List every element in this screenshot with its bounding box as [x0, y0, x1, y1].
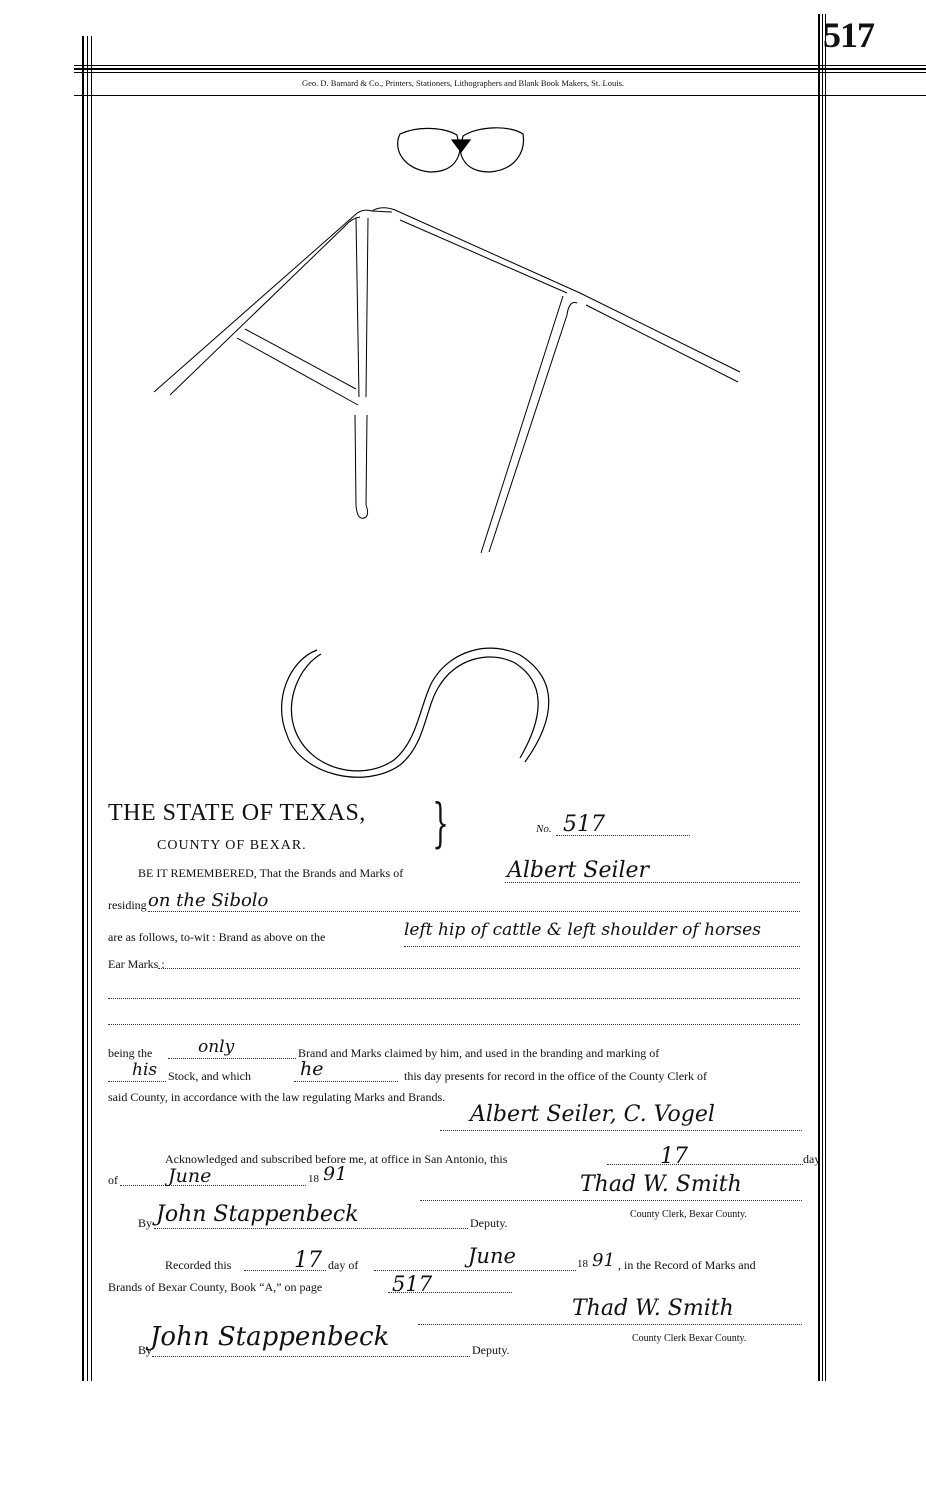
recorded-clerk-title: County Clerk Bexar County.	[632, 1333, 746, 1344]
presenter-line	[294, 1081, 398, 1082]
recorded-deputy-line	[152, 1356, 470, 1357]
ear-mark-icon	[398, 128, 524, 172]
recorded-day-value: 17	[294, 1248, 322, 1273]
brand-drawing	[0, 0, 926, 1500]
recorded-deputy-label: Deputy.	[472, 1343, 510, 1358]
presents-text: this day presents for record in the offi…	[404, 1069, 707, 1084]
s-brand-icon	[282, 648, 549, 777]
recorded-day-of-label: day of	[328, 1258, 358, 1273]
owner-name-line	[505, 882, 800, 883]
claimed-text: Brand and Marks claimed by him, and used…	[298, 1046, 659, 1061]
ack-clerk-title: County Clerk, Bexar County.	[630, 1209, 747, 1220]
being-the-line	[168, 1058, 296, 1059]
number-value: 517	[563, 812, 605, 837]
brands-of-text: Brands of Bexar County, Book “A,” on pag…	[108, 1280, 322, 1295]
owner-signature-line	[440, 1130, 802, 1131]
brand-location-line	[404, 946, 800, 947]
owner-name: Albert Seiler	[507, 858, 649, 883]
ear-marks-line-2	[108, 998, 800, 999]
ear-marks-label: Ear Marks :	[108, 957, 165, 972]
ack-day-label: day	[803, 1152, 820, 1167]
said-county-text: said County, in accordance with the law …	[108, 1090, 445, 1105]
ear-marks-line-1	[158, 968, 800, 969]
residing-value: on the Sibolo	[148, 890, 268, 911]
ack-of-label: of	[108, 1173, 118, 1188]
follows-label: are as follows, to-wit : Brand as above …	[108, 930, 325, 945]
state-title: THE STATE OF TEXAS,	[108, 800, 366, 827]
ack-deputy-label: Deputy.	[470, 1216, 508, 1231]
ack-day-value: 17	[660, 1144, 688, 1169]
ack-clerk-line	[420, 1200, 802, 1201]
recorded-deputy-signature: John Stappenbeck	[150, 1322, 389, 1352]
residing-line	[148, 911, 800, 912]
number-label: No.	[536, 823, 552, 835]
record-of-marks-text: , in the Record of Marks and	[618, 1258, 756, 1273]
recorded-clerk-signature: Thad W. Smith	[572, 1296, 734, 1321]
ack-clerk-signature: Thad W. Smith	[580, 1172, 742, 1197]
being-the-label: being the	[108, 1046, 152, 1061]
stock-text: Stock, and which	[168, 1069, 251, 1084]
ack-year-prefix: 18	[308, 1173, 319, 1185]
ack-deputy-line	[154, 1228, 468, 1229]
recorded-year-prefix: 18	[577, 1258, 588, 1270]
residing-label: residing	[108, 898, 147, 913]
ear-marks-line-3	[108, 1024, 800, 1025]
page-value: 517	[392, 1272, 432, 1296]
county-title: COUNTY OF BEXAR.	[157, 838, 307, 854]
recorded-month-line	[374, 1270, 576, 1271]
presenter-value: he	[300, 1058, 323, 1080]
ack-day-line	[607, 1164, 803, 1165]
ack-by-label: By	[138, 1216, 152, 1231]
ack-year-suffix: 91	[323, 1163, 347, 1185]
ack-month-value: June	[168, 1165, 211, 1187]
ack-deputy-signature: John Stappenbeck	[156, 1202, 359, 1227]
owner-signature: Albert Seiler, C. Vogel	[470, 1102, 715, 1127]
stock-owner-value: his	[132, 1060, 157, 1080]
recorded-year-suffix: 91	[592, 1250, 615, 1271]
brace-glyph: }	[432, 798, 449, 850]
be-it-remembered-text: BE IT REMEMBERED, That the Brands and Ma…	[138, 866, 403, 881]
stock-owner-line	[108, 1081, 166, 1082]
number-line	[556, 835, 690, 836]
ack-month-line	[120, 1185, 306, 1186]
at-brand-icon	[154, 208, 740, 553]
recorded-clerk-line	[418, 1324, 802, 1325]
recorded-month-value: June	[468, 1244, 516, 1268]
being-the-value: only	[198, 1037, 234, 1057]
recorded-label: Recorded this	[165, 1258, 231, 1273]
brand-location: left hip of cattle & left shoulder of ho…	[404, 920, 761, 940]
